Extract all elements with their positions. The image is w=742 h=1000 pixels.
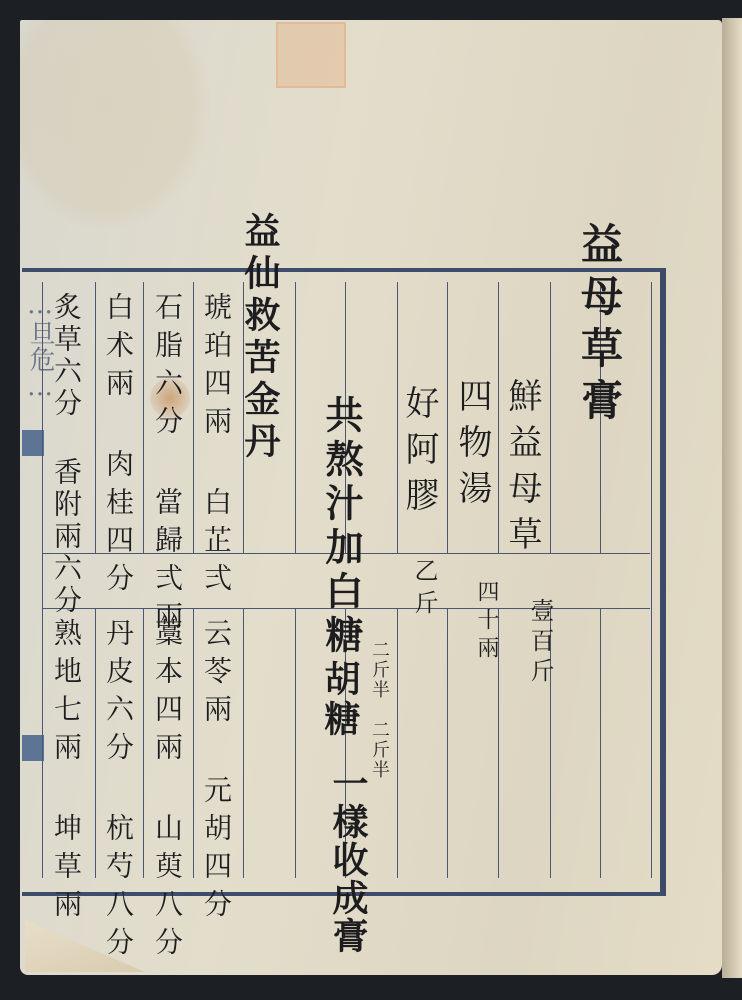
- instructions-sugar: 胡糖: [322, 660, 358, 740]
- instructions-note: 二斤半: [370, 720, 388, 780]
- column-rule: [243, 608, 244, 878]
- facing-page-edge: [722, 18, 742, 978]
- ingredient-line: 藁本四兩 山萸八分: [153, 618, 181, 965]
- instructions-main: 共熬汁加白糖: [322, 395, 360, 659]
- ingredient-line: 琥珀四兩 白芷弍: [202, 292, 230, 601]
- column-rule: [447, 608, 448, 878]
- ingredient-line: 云苓兩 元胡四分: [202, 618, 230, 927]
- column-rule: [143, 282, 144, 553]
- column-rule: [447, 282, 448, 553]
- ingredient-line: 白术兩 肉桂四分: [104, 292, 132, 601]
- ingredient-amount: 乙斤: [412, 558, 436, 622]
- ingredient-line: 丹皮六分 杭芍八分: [104, 618, 132, 965]
- column-rule: [193, 282, 194, 553]
- column-rule: [600, 608, 601, 878]
- column-rule: [295, 282, 296, 553]
- ingredient-amount: 壹百斤: [528, 598, 552, 688]
- column-rule: [295, 608, 296, 878]
- column-rule: [498, 282, 499, 553]
- recipe-1-title: 益母草膏: [578, 222, 620, 430]
- instructions-note: 二斤半: [370, 640, 388, 700]
- column-rule: [397, 608, 398, 878]
- recipe-2-title: 益仙救苦金丹: [242, 212, 278, 464]
- water-stain: [20, 20, 210, 230]
- column-rule: [550, 282, 551, 553]
- ingredient-name: 鮮益母草: [505, 378, 539, 562]
- column-rule: [193, 608, 194, 878]
- column-rule: [95, 608, 96, 878]
- column-rule: [143, 608, 144, 878]
- instructions-end: 一樣收成膏: [330, 765, 366, 955]
- column-rule: [397, 282, 398, 553]
- ingredient-amount: 四十兩: [475, 580, 497, 664]
- ingredient-line: 炙草六分 香附兩六分: [52, 292, 80, 617]
- edge-ink-block: [22, 735, 44, 761]
- ingredient-name: 好阿膠: [402, 385, 436, 523]
- ingredient-line: 石脂六分 當歸弍兩: [153, 292, 181, 639]
- ingredient-name: 四物湯: [455, 378, 489, 516]
- red-seal-stamp: [276, 22, 346, 88]
- column-rule: [95, 282, 96, 553]
- ingredient-line: 熟地七兩 坤草兩: [52, 618, 80, 927]
- edge-ink-block: [22, 430, 44, 456]
